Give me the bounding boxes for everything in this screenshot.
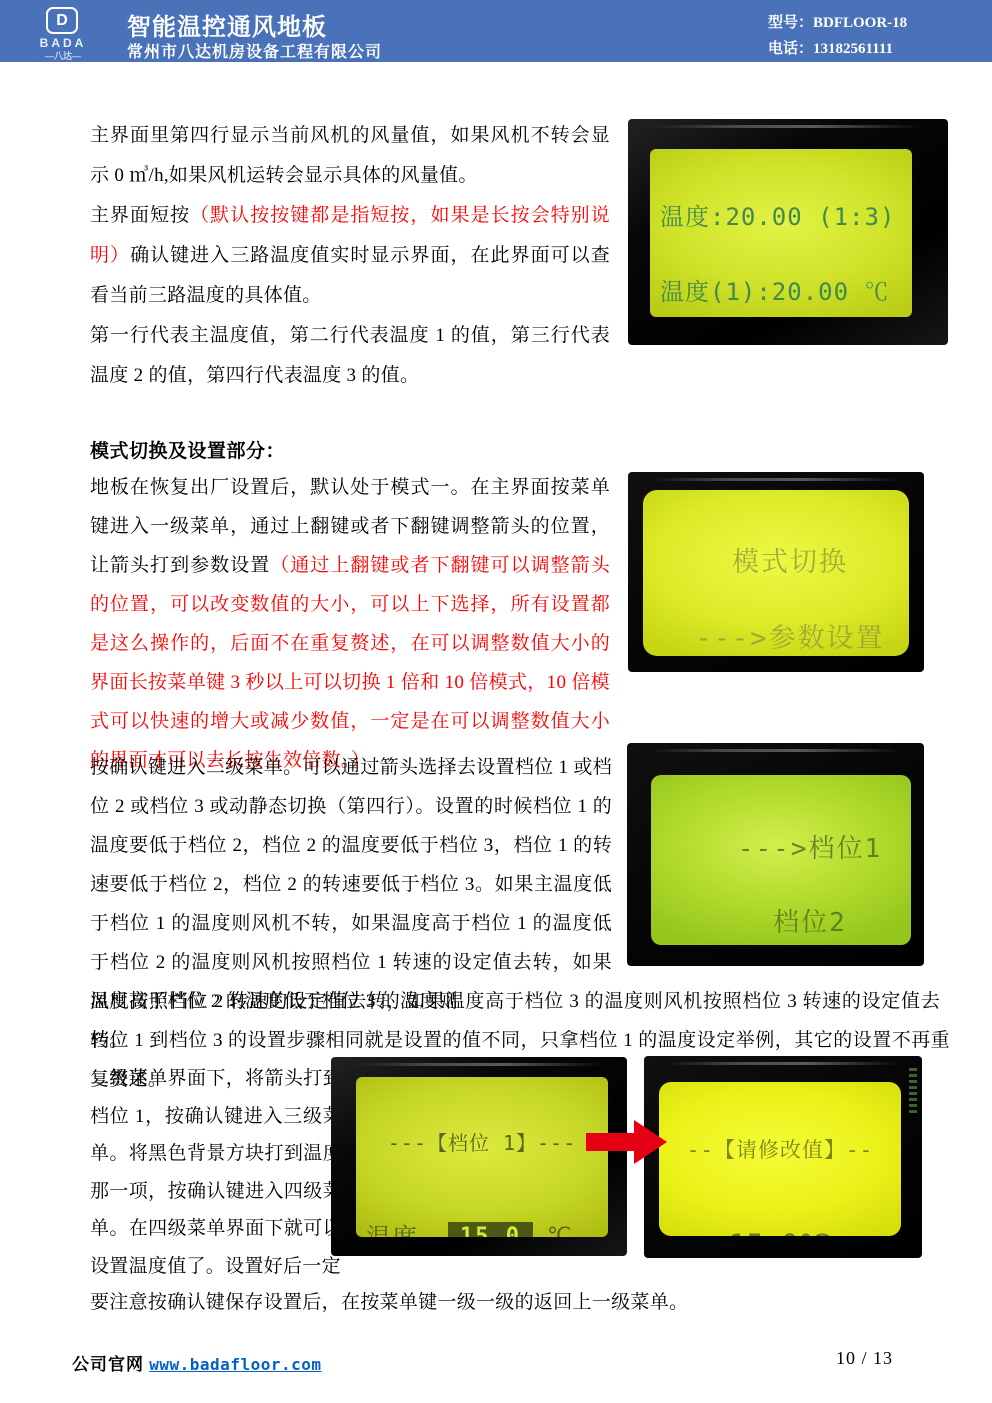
lcd-temp-value-highlighted: 15.0: [448, 1222, 533, 1238]
model-number: 型号：BDFLOOR-18: [768, 11, 907, 32]
paragraph-levels-narrow: 按确认键进入二级菜单。可以通过箭头选择去设置档位 1 或档位 2 或档位 3 或…: [90, 748, 612, 1021]
lcd-current-value: 15.0℃: [729, 1228, 831, 1236]
lcd-screen-main-menu: 模式切换 --->参数设置 通讯设置 其它设置: [643, 490, 909, 656]
lcd-menu-item-selected: --->参数设置: [643, 620, 909, 656]
lcd-photo-main-menu: 模式切换 --->参数设置 通讯设置 其它设置: [628, 472, 924, 672]
footer-site: 公司官网 www.badafloor.com: [72, 1350, 322, 1375]
paragraph-short-press: 主界面短按（默认按按键都是指短按，如果是长按会特别说明）确认键进入三路温度值实时…: [90, 196, 610, 316]
red-note-key-tips: （通过上翻键或者下翻键可以调整箭头的位置，可以改变数值的大小，可以上下选择，所有…: [90, 555, 610, 771]
lcd-screen-gear1-setting: ---【档位 1】--- 温度 15.0 ℃ 转速 0500 r/min: [356, 1077, 608, 1237]
paragraph-airflow: 主界面里第四行显示当前风机的风量值，如果风机不转会显示 0 ㎥/h,如果风机运转…: [90, 116, 610, 196]
connector-pins: [909, 1068, 917, 1114]
paragraph-main-screen: 主界面里第四行显示当前风机的风量值，如果风机不转会显示 0 ㎥/h,如果风机运转…: [90, 116, 610, 396]
paragraph-mode-switch: 地板在恢复出厂设置后，默认处于模式一。在主界面按菜单键进入一级菜单，通过上翻键或…: [90, 468, 610, 780]
red-arrow-icon: [586, 1119, 668, 1165]
logo-brand-cn: —八达—: [24, 49, 102, 62]
phone-number: 电话：13182561111: [768, 37, 893, 58]
logo-brand-text: BADA: [24, 36, 102, 50]
doc-title: 智能温控通风地板: [127, 7, 327, 42]
logo-monogram-icon: D: [46, 7, 78, 34]
lcd-photo-gear-menu: --->档位1 档位2 档位3 静态: [627, 743, 924, 966]
lcd-value-row: < 15.0℃ >: [659, 1228, 901, 1236]
lcd-screen-modify-value: --【请修改值】-- < 15.0℃ >: [659, 1082, 901, 1236]
lcd-right-arrow: >: [860, 1228, 877, 1236]
manual-page: D BADA —八达— 智能温控通风地板 常州市八达机房设备工程有限公司 型号：…: [0, 0, 992, 1403]
lcd-menu-item: 模式切换: [643, 544, 909, 582]
lcd-line: 温度:20.00 (1:3): [650, 199, 912, 236]
lcd-line: 温度(1):20.00 ℃: [650, 274, 912, 311]
page-header: D BADA —八达— 智能温控通风地板 常州市八达机房设备工程有限公司 型号：…: [0, 0, 992, 62]
lcd-photo-modify-value: --【请修改值】-- < 15.0℃ >: [644, 1056, 922, 1258]
footer-site-label: 公司官网: [72, 1355, 144, 1374]
lcd-photo-temperature-screen: 温度:20.00 (1:3) 温度(1):20.00 ℃ 温度(2):19.63…: [628, 119, 948, 345]
lcd-screen-title: --【请修改值】--: [659, 1120, 901, 1164]
lcd-temp-label: 温度: [366, 1218, 418, 1237]
paragraph-set-value-narrow: 二级菜单界面下，将箭头打到档位 1，按确认键进入三级菜单。将黑色背景方块打到温度…: [90, 1060, 342, 1285]
logo-letter: D: [56, 12, 68, 30]
lcd-screen-gear-menu: --->档位1 档位2 档位3 静态: [651, 775, 911, 945]
page-number: 10 / 13: [836, 1348, 893, 1369]
paragraph-set-value-full: 要注意按确认键保存设置后，在按菜单键一级一级的返回上一级菜单。: [90, 1283, 790, 1322]
lcd-temp-unit: ℃: [547, 1224, 572, 1238]
lcd-menu-item: 档位2: [651, 905, 911, 941]
footer-website-link[interactable]: www.badafloor.com: [149, 1355, 321, 1374]
lcd-photo-gear1-setting: ---【档位 1】--- 温度 15.0 ℃ 转速 0500 r/min: [331, 1057, 627, 1256]
lcd-temp-row: 温度 15.0 ℃: [356, 1218, 608, 1237]
lcd-left-arrow: <: [683, 1228, 700, 1236]
company-name: 常州市八达机房设备工程有限公司: [127, 39, 382, 62]
paragraph-temp-rows: 第一行代表主温度值，第二行代表温度 1 的值，第三行代表温度 2 的值，第四行代…: [90, 316, 610, 396]
section-heading: 模式切换及设置部分：: [90, 436, 285, 463]
lcd-menu-item-selected: --->档位1: [651, 831, 911, 867]
lcd-screen-title: ---【档位 1】---: [356, 1115, 608, 1156]
lcd-screen-temperatures: 温度:20.00 (1:3) 温度(1):20.00 ℃ 温度(2):19.63…: [650, 149, 912, 317]
